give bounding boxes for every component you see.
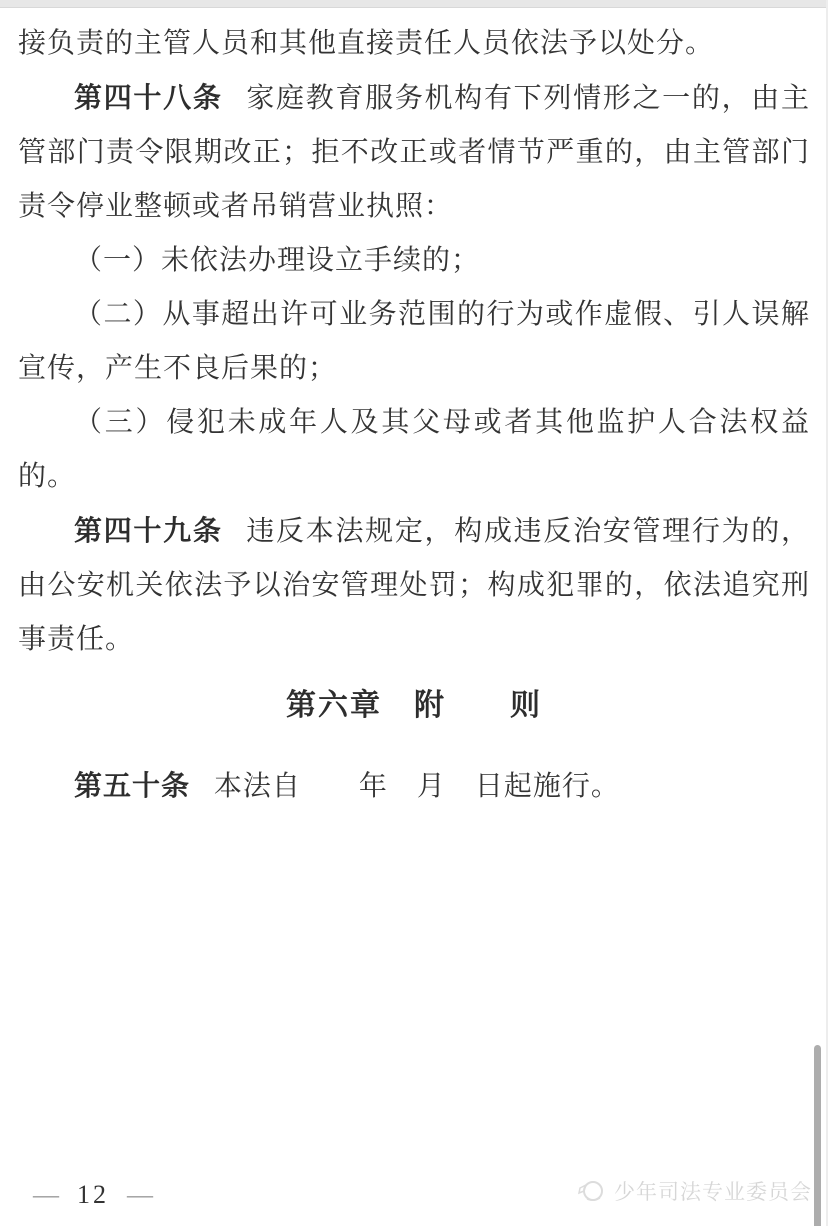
chapter-heading: 第六章 附 则 xyxy=(18,679,810,733)
watermark-text: 少年司法专业委员会 xyxy=(614,1176,812,1206)
article-text: 本法自 年 月 日起施行。 xyxy=(214,771,620,802)
article-paragraph: 第四十八条家庭教育服务机构有下列情形之一的，由主管部门责令限期改正；拒不改正或者… xyxy=(18,71,810,234)
continuation-paragraph: 接负责的主管人员和其他直接责任人员依法予以处分。 xyxy=(18,17,810,71)
article-number: 第四十八条 xyxy=(74,82,223,113)
page-number-dash-left: — xyxy=(33,1180,59,1210)
article-number: 第五十条 xyxy=(74,770,190,801)
page-number-dash-right: — xyxy=(127,1180,153,1210)
page-number-value: 12 xyxy=(77,1180,109,1210)
article-paragraph: 第五十条本法自 年 月 日起施行。 xyxy=(18,759,810,814)
list-item-paragraph: （二）从事超出许可业务范围的行为或作虚假、引人误解宣传，产生不良后果的； xyxy=(18,288,810,396)
watermark: 少年司法专业委员会 xyxy=(577,1176,812,1206)
scrollbar-thumb[interactable] xyxy=(814,1045,821,1226)
article-paragraph: 第四十九条违反本法规定，构成违反治安管理行为的，由公安机关依法予以治安管理处罚；… xyxy=(18,504,810,667)
emblem-icon xyxy=(577,1178,607,1204)
article-number: 第四十九条 xyxy=(74,515,223,546)
list-item-paragraph: （三）侵犯未成年人及其父母或者其他监护人合法权益的。 xyxy=(18,396,810,504)
top-edge-strip xyxy=(0,0,828,8)
document-body: 接负责的主管人员和其他直接责任人员依法予以处分。第四十八条家庭教育服务机构有下列… xyxy=(18,17,810,814)
page-number: — 12 — xyxy=(33,1180,153,1210)
list-item-paragraph: （一）未依法办理设立手续的； xyxy=(18,234,810,288)
